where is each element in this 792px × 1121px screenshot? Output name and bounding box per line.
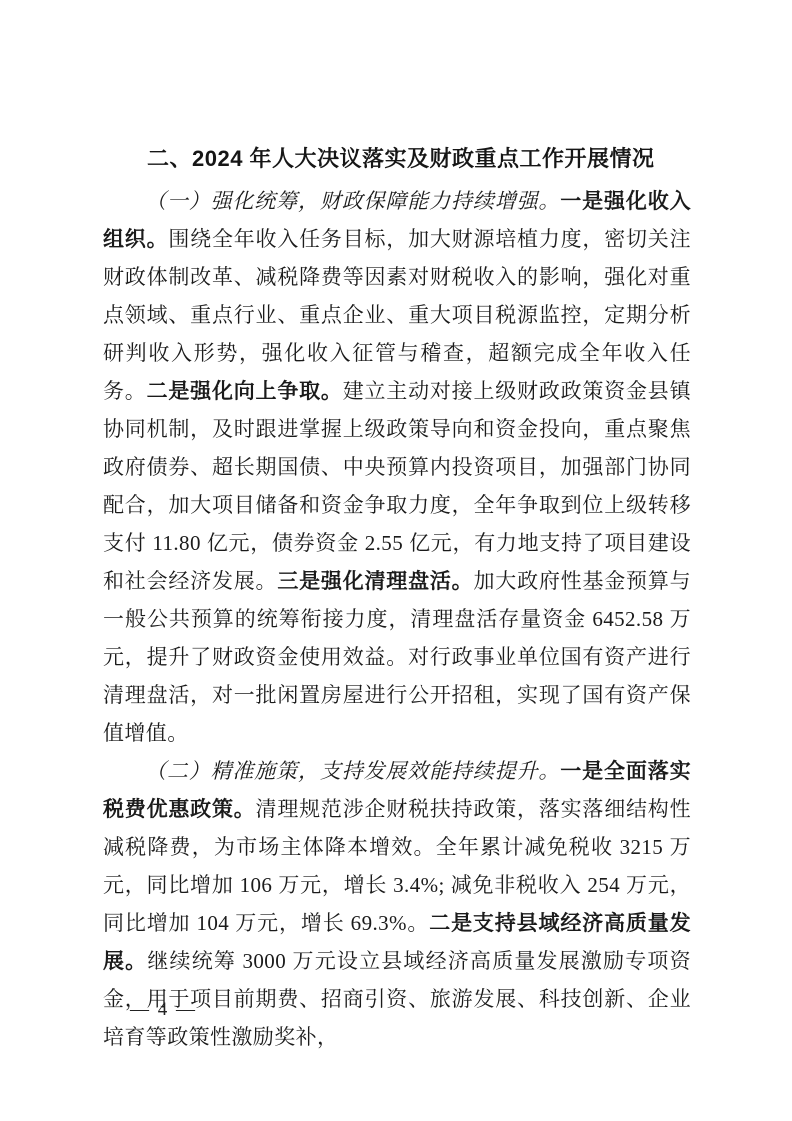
document-content: 二、2024 年人大决议落实及财政重点工作开展情况 （一）强化统筹，财政保障能力… [103, 140, 691, 1056]
emphasis-run: 二是强化向上争取。 [147, 379, 343, 403]
body-run: 围绕全年收入任务目标，加大财源培植力度，密切关注财政体制改革、减税降费等因素对财… [103, 227, 691, 403]
body-run: 加大政府性基金预算与一般公共预算的统筹衔接力度，清理盘活存量资金 6452.58… [103, 569, 691, 745]
page-number: — 4 — [130, 997, 197, 1023]
emphasis-run: 三是强化清理盘活。 [277, 569, 473, 593]
document-page: 二、2024 年人大决议落实及财政重点工作开展情况 （一）强化统筹，财政保障能力… [0, 0, 792, 1121]
paragraph-1: （一）强化统筹，财政保障能力持续增强。一是强化收入组织。围绕全年收入任务目标，加… [103, 182, 691, 752]
body-run: 建立主动对接上级财政政策资金县镇协同机制，及时跟进掌握上级政策导向和资金投向，重… [103, 379, 691, 593]
section-heading: 二、2024 年人大决议落实及财政重点工作开展情况 [103, 140, 691, 178]
subsection-lead-1: （一）强化统筹，财政保障能力持续增强。 [145, 189, 560, 213]
subsection-lead-2: （二）精准施策，支持发展效能持续提升。 [145, 759, 560, 783]
